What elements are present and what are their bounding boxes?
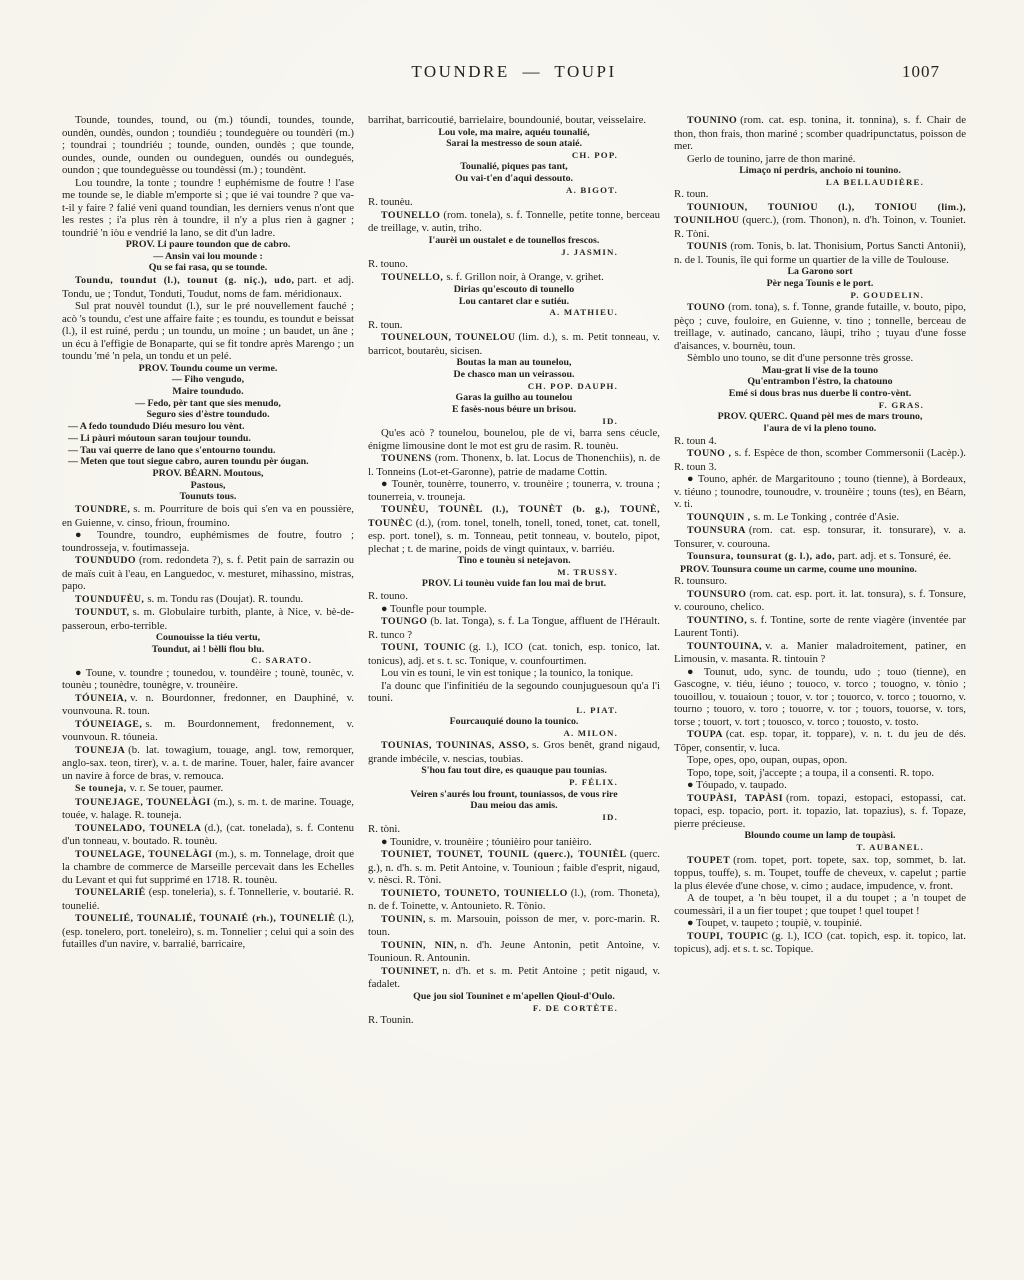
block-text: Veiren s'aurés lou frount, touniassos, d… — [410, 789, 617, 800]
verse-line: Fourcauquié douno la tounico. — [368, 716, 660, 728]
verse-line: Mau-grat li vise de la touno — [674, 365, 966, 377]
block-text: C. SARATO. — [251, 655, 312, 665]
verse-line: — Ansin vai lou mounde : — [62, 251, 354, 263]
block-text: A. MATHIEU. — [549, 307, 618, 317]
dictionary-entry: ● Toundre, toundro, euphémismes de foutr… — [62, 529, 354, 554]
block-text: PROV. Toundu coume un verme. — [139, 363, 278, 374]
dictionary-entry: TOUPÀSI, TAPÀSI(rom. topazi, estopaci, e… — [674, 792, 966, 831]
block-text: ● Tóupado, v. taupado. — [687, 779, 787, 791]
block-text: ● Tounidre, v. trounèire ; tóunièiro pou… — [381, 836, 592, 848]
dictionary-entry: ● Tounut, udo, sync. de toundu, udo ; to… — [674, 666, 966, 729]
block-text: Tope, opes, opo, oupan, oupas, opon. — [687, 754, 847, 766]
block-text: — Li pàuri móutoun saran toujour toundu. — [68, 433, 251, 444]
block-text: barrihat, barricoutié, barrielaire, boun… — [368, 114, 646, 126]
proverb-line: — Li pàuri móutoun saran toujour toundu. — [62, 433, 354, 445]
attribution: F. DE CORTÈTE. — [368, 1003, 660, 1015]
block-text: LA BELLAUDIÈRE. — [826, 177, 924, 187]
block-text: Sarai la mestresso de soun ataié. — [446, 138, 582, 149]
dictionary-entry: TOUNTOUINA,v. a. Manier maladroitement, … — [674, 640, 966, 666]
entry-continuation: R. Tounin. — [368, 1014, 660, 1027]
block-text: T. AUBANEL. — [856, 842, 924, 852]
block-text: Lou vole, ma maire, aquéu tounalié, — [438, 127, 589, 138]
verse-line: Counouisse la tiéu vertu, — [62, 632, 354, 644]
verse-line: — Fiho vengudo, — [62, 374, 354, 386]
block-text: Lou vin es touni, le vin est tonique ; l… — [381, 667, 633, 679]
entry-continuation: R. touno. — [368, 590, 660, 603]
dictionary-entry: Toundu, toundut (l.), tounut (g. niç.), … — [62, 274, 354, 300]
block-text: Mau-grat li vise de la touno — [762, 365, 878, 376]
block-text: A. BIGOT. — [566, 185, 618, 195]
entry-continuation: R. toun. — [674, 188, 966, 201]
dictionary-entry: TÓUNEIAGE,s. m. Bourdonnement, fredonnem… — [62, 718, 354, 744]
column-2: barrihat, barricoutié, barrielaire, boun… — [368, 114, 660, 1027]
dictionary-entry: Sèmblo uno touno, se dit d'une personne … — [674, 352, 966, 365]
dictionary-entry: TOUNIN, NIN,n. d'h. Jeune Antonin, petit… — [368, 939, 660, 965]
dictionary-entry: A de toupet, a 'n bèu toupet, il a du to… — [674, 892, 966, 917]
verse-line: Tino e tounèu si netejavon. — [368, 555, 660, 567]
block-text: ● Tounfle pour toumple. — [381, 603, 487, 615]
dictionary-entry: Tope, opes, opo, oupan, oupas, opon. — [674, 754, 966, 767]
verse-line: Boutas la man au tounelou, — [368, 357, 660, 369]
entry-headword: TOUNDUDO — [75, 555, 139, 566]
dictionary-entry: TOUNIN,s. m. Marsouin, poisson de mer, v… — [368, 913, 660, 939]
verse-line: Qu se fai rasa, qu se tounde. — [62, 262, 354, 274]
dictionary-entry: TOUNIS(rom. Tonis, b. lat. Thonisium, Po… — [674, 240, 966, 266]
entry-continuation: R. toun 4. — [674, 435, 966, 448]
dictionary-entry: Se touneja,v. r. Se touer, paumer. — [62, 782, 354, 796]
dictionary-entry: Tounsura, tounsurat (g. l.), ado,part. a… — [674, 550, 966, 564]
block-text: Lou toundre, la tonte ; toundre ! euphém… — [62, 177, 354, 239]
verse-line: Dirias qu'escouto di tounello — [368, 284, 660, 296]
entry-headword: TOUNEJA — [75, 745, 128, 756]
block-text: ID. — [602, 416, 618, 426]
dictionary-entry: TOUNO(rom. tona), s. f. Tonne, grande fu… — [674, 301, 966, 352]
block-text: La Garono sort — [787, 266, 852, 277]
dictionary-entry: TOUNQUIN ,s. m. Le Tonking , contrée d'A… — [674, 511, 966, 525]
block-text: Qu'entrambon l'èstro, la chatouno — [747, 376, 892, 387]
block-text: l'aura de vi la pleno touno. — [764, 423, 876, 434]
block-text: Sèmblo uno touno, se dit d'une personne … — [687, 352, 913, 364]
block-text: Boutas la man au tounelou, — [457, 357, 572, 368]
entry-headword: TOUNENS — [381, 453, 435, 464]
block-text: Topo, tope, soit, j'accepte ; a toupa, i… — [687, 767, 934, 779]
entry-headword: TOUNO — [687, 302, 728, 313]
block-text: S'hou fau tout dire, es quauque pau toun… — [421, 765, 607, 776]
block-text: — A fedo toundudo Diéu mesuro lou vènt. — [68, 421, 245, 432]
attribution: A. MILON. — [368, 728, 660, 740]
block-text: Tounde, toundes, tound, ou (m.) tóundi, … — [62, 114, 354, 176]
block-text: R. Tounin. — [368, 1014, 414, 1026]
entry-headword: TOUPI, TOUPIC — [687, 931, 772, 942]
verse-line: l'aura de vi la pleno touno. — [674, 423, 966, 435]
block-text: PROV. Li paure toundon que de cabro. — [126, 239, 291, 250]
verse-line: Limaço ni perdris, anchoio ni tounino. — [674, 165, 966, 177]
dictionary-entry: TOUNÈU, TOUNÈL (l.), TOUNÈT (b. g.), TOU… — [368, 503, 660, 555]
dictionary-entry: ● Toune, v. toundre ; tounedou, v. tound… — [62, 667, 354, 692]
entry-headword: TOUNSURA — [687, 525, 749, 536]
entry-headword: TOUNIN, — [381, 914, 429, 925]
block-text: PROV. BÉARN. Moutous, — [153, 468, 264, 479]
verse-line: Que jou siol Touninet e m'apellen Qioul-… — [368, 991, 660, 1003]
block-text: PROV. Tounsura coume un carme, coume uno… — [680, 564, 917, 575]
block-text: Fourcauquié douno la tounico. — [450, 716, 579, 727]
dictionary-entry: TOUNELLO,s. f. Grillon noir, à Orange, v… — [368, 271, 660, 285]
entry-headword: TOUPA — [687, 729, 726, 740]
entry-headword: TOUNIET, TOUNET, TOUNIL (querc.), TOUNIÈ… — [381, 849, 630, 860]
block-text: Ou vai-t'en d'aqui dessouto. — [455, 173, 573, 184]
dictionary-entry: TOUNGO(b. lat. Tonga), s. f. La Tongue, … — [368, 615, 660, 641]
entry-continuation: R. tòni. — [368, 823, 660, 836]
block-text: Toundut, ai ! bèlli flou blu. — [152, 644, 264, 655]
block-text: s. m. Tondu ras (Doujat). R. toundu. — [147, 593, 303, 605]
dictionary-entry: Tounde, toundes, tound, ou (m.) tóundi, … — [62, 114, 354, 177]
verse-line: S'hou fau tout dire, es quauque pau toun… — [368, 765, 660, 777]
entry-headword: TOUNGO — [381, 616, 430, 627]
entry-continuation: R. tounsuro. — [674, 575, 966, 588]
attribution: LA BELLAUDIÈRE. — [674, 177, 966, 189]
proverb-line: PROV. Tounsura coume un carme, coume uno… — [674, 564, 966, 576]
page-number: 1007 — [902, 62, 940, 82]
block-text: M. TRUSSY. — [557, 567, 618, 577]
verse-line: Lou vole, ma maire, aquéu tounalié, — [368, 127, 660, 139]
dictionary-entry: TOUNINET,n. d'h. et s. m. Petit Antoine … — [368, 965, 660, 991]
entry-headword: TOUNELOUN, TOUNELOU — [381, 332, 518, 343]
block-text: Qu'es acò ? tounelou, bounelou, ple de v… — [368, 427, 660, 452]
dictionary-entry: TOUNDUT,s. m. Globulaire turbith, plante… — [62, 606, 354, 632]
attribution: CH. POP. DAUPH. — [368, 381, 660, 393]
dictionary-entry: TOUNDUFÈU,s. m. Tondu ras (Doujat). R. t… — [62, 593, 354, 607]
entry-continuation: barrihat, barricoutié, barrielaire, boun… — [368, 114, 660, 127]
dictionary-entry: TOUNENS(rom. Thonenx, b. lat. Locus de T… — [368, 452, 660, 478]
attribution: L. PIAT. — [368, 705, 660, 717]
verse-line: La Garono sort — [674, 266, 966, 278]
dictionary-entry: TOUNINO(rom. cat. esp. tonina, it. tonni… — [674, 114, 966, 153]
entry-headword: TOUNELLO — [381, 210, 443, 221]
dictionary-entry: ● Tóupado, v. taupado. — [674, 779, 966, 792]
block-text: ● Toupet, v. taupeto ; toupiè, v. toupin… — [687, 917, 862, 929]
dictionary-entry: Gerlo de tounino, jarre de thon mariné. — [674, 153, 966, 166]
column-3: TOUNINO(rom. cat. esp. tonina, it. tonni… — [674, 114, 966, 1027]
verse-line: Pèr nega Tounis e le port. — [674, 278, 966, 290]
dictionary-entry: TOUNELLO(rom. tonela), s. f. Tonnelle, p… — [368, 209, 660, 235]
block-text: ● Toune, v. toundre ; tounedou, v. tound… — [62, 667, 354, 692]
entry-headword: TOUNTOUINA, — [687, 641, 765, 652]
verse-line: Tounalié, piques pas tant, — [368, 161, 660, 173]
dictionary-entry: TOUPET(rom. topet, port. topete, sax. to… — [674, 854, 966, 893]
dictionary-entry: TOUNSURO(rom. cat. esp. port. it. lat. t… — [674, 588, 966, 614]
proverb-line: PROV. Li paure toundon que de cabro. — [62, 239, 354, 251]
block-text: Garas la guilho au tounelou — [456, 392, 573, 403]
block-text: Que jou siol Touninet e m'apellen Qioul-… — [413, 991, 615, 1002]
block-text: R. toun 4. — [674, 435, 717, 447]
text-columns: Tounde, toundes, tound, ou (m.) tóundi, … — [62, 114, 966, 1027]
verse-line: Sarai la mestresso de soun ataié. — [368, 138, 660, 150]
attribution: T. AUBANEL. — [674, 842, 966, 854]
attribution: P. GOUDELIN. — [674, 290, 966, 302]
block-text: Bloundo coume un lamp de toupàsi. — [745, 830, 896, 841]
block-text: Maire toundudo. — [172, 386, 243, 397]
block-text: — Tau vai querre de lano que s'entourno … — [68, 445, 276, 456]
entry-headword: TOUNI, TOUNIC — [381, 642, 469, 653]
block-text: ● Toundre, toundro, euphémismes de foutr… — [62, 529, 354, 554]
dictionary-entry: TOUNELAGE, TOUNELÀGI(m.), s. m. Tonnelag… — [62, 848, 354, 887]
verse-line: Tounuts tous. — [62, 491, 354, 503]
verse-line: Emé si dous bras nus duerbe li contro-vè… — [674, 388, 966, 400]
block-text: I'aurèi un oustalet e de tounellos fresc… — [429, 235, 600, 246]
verse-line: E fasès-nous béure un brisou. — [368, 404, 660, 416]
entry-headword: TOUNDUT, — [75, 607, 133, 618]
attribution: CH. POP. — [368, 150, 660, 162]
block-text: R. tounèu. — [368, 196, 413, 208]
entry-headword: TOUNINO — [687, 115, 740, 126]
block-text: De chasco man un veirassou. — [454, 369, 575, 380]
block-text: F. GRAS. — [879, 400, 924, 410]
attribution: J. JASMIN. — [368, 247, 660, 259]
block-text: P. GOUDELIN. — [851, 290, 924, 300]
running-title: TOUNDRE — TOUPI — [62, 62, 966, 82]
block-text: Dau meiou das amis. — [470, 800, 557, 811]
block-text: — Ansin vai lou mounde : — [153, 251, 262, 262]
dictionary-page: TOUNDRE — TOUPI 1007 Tounde, toundes, to… — [0, 0, 1024, 1280]
block-text: — Meten que tout siegue cabro, auren tou… — [68, 456, 309, 467]
dictionary-entry: TOUNELOUN, TOUNELOU(lim. d.), s. m. Peti… — [368, 331, 660, 357]
block-text: Pastous, — [191, 480, 226, 491]
block-text: ● Tounut, udo, sync. de toundu, udo ; to… — [674, 666, 966, 728]
dictionary-entry: Sul prat nouvèl toundut (l.), sur le pré… — [62, 300, 354, 363]
dictionary-entry: TOUNELARIÉ(esp. toneleria), s. f. Tonnel… — [62, 886, 354, 912]
verse-line: I'aurèi un oustalet e de tounellos fresc… — [368, 235, 660, 247]
verse-line: Pastous, — [62, 480, 354, 492]
block-text: A. MILON. — [563, 728, 618, 738]
block-text: R. tounsuro. — [674, 575, 727, 587]
dictionary-entry: ● Touno, aphér. de Margaritouno ; touno … — [674, 473, 966, 511]
entry-headword: TOUNSURO — [687, 589, 749, 600]
entry-headword: TOUNELLO, — [381, 272, 446, 283]
entry-headword: TOUNO , — [687, 448, 734, 459]
dictionary-entry: TOUNTINO,s. f. Tontine, sorte de rente v… — [674, 614, 966, 640]
proverb-line: — Meten que tout siegue cabro, auren tou… — [62, 456, 354, 468]
dictionary-entry: TOUNEJAGE, TOUNELÀGI(m.), s. m. t. de ma… — [62, 796, 354, 822]
verse-line: Qu'entrambon l'èstro, la chatouno — [674, 376, 966, 388]
entry-headword: TOUNQUIN , — [687, 512, 754, 523]
dictionary-entry: I'a dounc que l'infinitiéu de la segound… — [368, 680, 660, 705]
attribution: A. BIGOT. — [368, 185, 660, 197]
proverb-line: — A fedo toundudo Diéu mesuro lou vènt. — [62, 421, 354, 433]
dictionary-entry: Lou toundre, la tonte ; toundre ! euphém… — [62, 177, 354, 240]
dictionary-entry: TOUNEJA(b. lat. towagium, touage, angl. … — [62, 744, 354, 783]
block-text: — Fedo, pèr tant que sies menudo, — [135, 398, 281, 409]
block-text: part. adj. et s. Tonsuré, ée. — [838, 550, 951, 562]
block-text: s. f. Grillon noir, à Orange, v. grihet. — [446, 271, 603, 283]
block-text: ID. — [602, 812, 618, 822]
entry-headword: Toundu, toundut (l.), tounut (g. niç.), … — [75, 275, 297, 286]
dictionary-entry: ● Toupet, v. taupeto ; toupiè, v. toupin… — [674, 917, 966, 930]
attribution: C. SARATO. — [62, 655, 354, 667]
column-1: Tounde, toundes, tound, ou (m.) tóundi, … — [62, 114, 354, 1027]
dictionary-entry: Topo, tope, soit, j'accepte ; a toupa, i… — [674, 767, 966, 780]
dictionary-entry: TOUNIAS, TOUNINAS, ASSO,s. Gros benêt, g… — [368, 739, 660, 765]
dictionary-entry: TOUPA(cat. esp. topar, it. toppare), v. … — [674, 728, 966, 754]
block-text: Seguro sies d'èstre toundudo. — [146, 409, 269, 420]
entry-headword: TOUNIS — [687, 241, 730, 252]
dictionary-entry: TOUNELADO, TOUNELA(d.), (cat. tonelada),… — [62, 822, 354, 848]
entry-headword: Tounsura, tounsurat (g. l.), ado, — [687, 551, 838, 562]
entry-headword: TOUPET — [687, 855, 733, 866]
verse-line: Dau meiou das amis. — [368, 800, 660, 812]
block-text: R. toun. — [674, 188, 709, 200]
block-text: PROV. QUERC. Quand pèl mes de mars troun… — [718, 411, 923, 422]
entry-continuation: R. touno. — [368, 258, 660, 271]
dictionary-entry: TÓUNEIA,v. n. Bourdonner, fredonner, en … — [62, 692, 354, 718]
entry-headword: TOUNIN, NIN, — [381, 940, 460, 951]
verse-line: — Fedo, pèr tant que sies menudo, — [62, 398, 354, 410]
verse-line: Toundut, ai ! bèlli flou blu. — [62, 644, 354, 656]
block-text: Tounuts tous. — [180, 491, 237, 502]
attribution: ID. — [368, 416, 660, 428]
block-text: Limaço ni perdris, anchoio ni tounino. — [739, 165, 901, 176]
entry-headword: TÓUNEIA, — [75, 693, 130, 704]
block-text: R. touno. — [368, 590, 408, 602]
verse-line: Ou vai-t'en d'aqui dessouto. — [368, 173, 660, 185]
block-text: J. JASMIN. — [561, 247, 618, 257]
verse-line: De chasco man un veirassou. — [368, 369, 660, 381]
entry-headword: TOUNDUFÈU, — [75, 594, 147, 605]
block-text: Counouisse la tiéu vertu, — [156, 632, 260, 643]
block-text: Dirias qu'escouto di tounello — [454, 284, 574, 295]
block-text: R. toun. — [368, 319, 403, 331]
dictionary-entry: TOUNELIÉ, TOUNALIÉ, TOUNAIÉ (rh.), TOUNE… — [62, 912, 354, 951]
block-text: PROV. Li tounèu vuide fan lou mai de bru… — [422, 578, 606, 589]
dictionary-entry: Lou vin es touni, le vin est tonique ; l… — [368, 667, 660, 680]
entry-headword: TOUNELIÉ, TOUNALIÉ, TOUNAIÉ (rh.), TOUNE… — [75, 913, 338, 924]
entry-headword: TOUNDRE, — [75, 504, 133, 515]
block-text: CH. POP. DAUPH. — [528, 381, 618, 391]
block-text: CH. POP. — [572, 150, 618, 160]
dictionary-entry: ● Tounèr, tounèrre, tounerro, v. trounèi… — [368, 478, 660, 503]
block-text: E fasès-nous béure un brisou. — [452, 404, 576, 415]
block-text: Emé si dous bras nus duerbe li contro-vè… — [729, 388, 912, 399]
attribution: P. FÉLIX. — [368, 777, 660, 789]
dictionary-entry: TOUNIET, TOUNET, TOUNIL (querc.), TOUNIÈ… — [368, 848, 660, 887]
block-text: v. r. Se touer, paumer. — [130, 782, 224, 794]
entry-headword: TOUPÀSI, TAPÀSI — [687, 793, 786, 804]
attribution: A. MATHIEU. — [368, 307, 660, 319]
entry-headword: TOUNIAS, TOUNINAS, ASSO, — [381, 740, 532, 751]
verse-line: Bloundo coume un lamp de toupàsi. — [674, 830, 966, 842]
block-text: Tino e tounèu si netejavon. — [457, 555, 570, 566]
block-text: Sul prat nouvèl toundut (l.), sur le pré… — [62, 300, 354, 362]
dictionary-entry: TOUNIOUN, TOUNIOU (l.), TONIOU (lim.), T… — [674, 201, 966, 241]
page-header: TOUNDRE — TOUPI 1007 — [62, 62, 966, 92]
verse-line: Veiren s'aurés lou frount, touniassos, d… — [368, 789, 660, 801]
proverb-line: PROV. Li tounèu vuide fan lou mai de bru… — [368, 578, 660, 590]
block-text: F. DE CORTÈTE. — [533, 1003, 618, 1013]
block-text: s. m. Le Tonking , contrée d'Asie. — [754, 511, 900, 523]
entry-headword: Se touneja, — [75, 783, 130, 794]
block-text: P. FÉLIX. — [569, 777, 618, 787]
verse-line: Garas la guilho au tounelou — [368, 392, 660, 404]
block-text: ● Touno, aphér. de Margaritouno ; touno … — [674, 473, 966, 510]
proverb-line: PROV. BÉARN. Moutous, — [62, 468, 354, 480]
dictionary-entry: TOUPI, TOUPIC(g. l.), ICO (cat. topich, … — [674, 930, 966, 956]
dictionary-entry: TOUNO ,s. f. Espèce de thon, scomber Com… — [674, 447, 966, 473]
entry-headword: TOUNELADO, TOUNELA — [75, 823, 204, 834]
entry-headword: TOUNINET, — [381, 966, 442, 977]
block-text: Qu se fai rasa, qu se tounde. — [149, 262, 268, 273]
entry-headword: TOUNELARIÉ — [75, 887, 149, 898]
block-text: I'a dounc que l'infinitiéu de la segound… — [368, 680, 660, 705]
dictionary-entry: ● Tounfle pour toumple. — [368, 603, 660, 616]
entry-headword: TOUNTINO, — [687, 615, 750, 626]
block-text: L. PIAT. — [576, 705, 618, 715]
dictionary-entry: TOUNDRE,s. m. Pourriture de bois qui s'e… — [62, 503, 354, 529]
block-text: ● Tounèr, tounèrre, tounerro, v. trounèi… — [368, 478, 660, 503]
verse-line: Maire toundudo. — [62, 386, 354, 398]
dictionary-entry: TOUNSURA(rom. cat. esp. tonsurar, it. to… — [674, 524, 966, 550]
attribution: ID. — [368, 812, 660, 824]
proverb-line: — Tau vai querre de lano que s'entourno … — [62, 445, 354, 457]
block-text: R. touno. — [368, 258, 408, 270]
attribution: M. TRUSSY. — [368, 567, 660, 579]
block-text: A de toupet, a 'n bèu toupet, il a du to… — [674, 892, 966, 917]
proverb-line: PROV. Toundu coume un verme. — [62, 363, 354, 375]
proverb-line: PROV. QUERC. Quand pèl mes de mars troun… — [674, 411, 966, 423]
block-text: R. tòni. — [368, 823, 400, 835]
dictionary-entry: TOUNIETO, TOUNETO, TOUNIELLO(l.), (rom. … — [368, 887, 660, 913]
block-text: — Fiho vengudo, — [172, 374, 244, 385]
block-text: Lou cantaret clar e sutiéu. — [459, 296, 569, 307]
verse-line: Seguro sies d'èstre toundudo. — [62, 409, 354, 421]
entry-headword: TÓUNEIAGE, — [75, 719, 145, 730]
dictionary-entry: TOUNDUDO(rom. redondeta ?), s. f. Petit … — [62, 554, 354, 593]
dictionary-entry: TOUNI, TOUNIC(g. l.), ICO (cat. tonich, … — [368, 641, 660, 667]
dictionary-entry: ● Tounidre, v. trounèire ; tóunièiro pou… — [368, 836, 660, 849]
block-text: Gerlo de tounino, jarre de thon mariné. — [687, 153, 856, 165]
entry-continuation: R. toun. — [368, 319, 660, 332]
entry-headword: TOUNIETO, TOUNETO, TOUNIELLO — [381, 888, 571, 899]
verse-line: Lou cantaret clar e sutiéu. — [368, 296, 660, 308]
block-text: Pèr nega Tounis e le port. — [767, 278, 874, 289]
attribution: F. GRAS. — [674, 400, 966, 412]
entry-continuation: R. tounèu. — [368, 196, 660, 209]
entry-headword: TOUNEJAGE, TOUNELÀGI — [75, 797, 214, 808]
block-text: Tounalié, piques pas tant, — [460, 161, 567, 172]
entry-headword: TOUNELAGE, TOUNELÀGI — [75, 849, 215, 860]
dictionary-entry: Qu'es acò ? tounelou, bounelou, ple de v… — [368, 427, 660, 452]
